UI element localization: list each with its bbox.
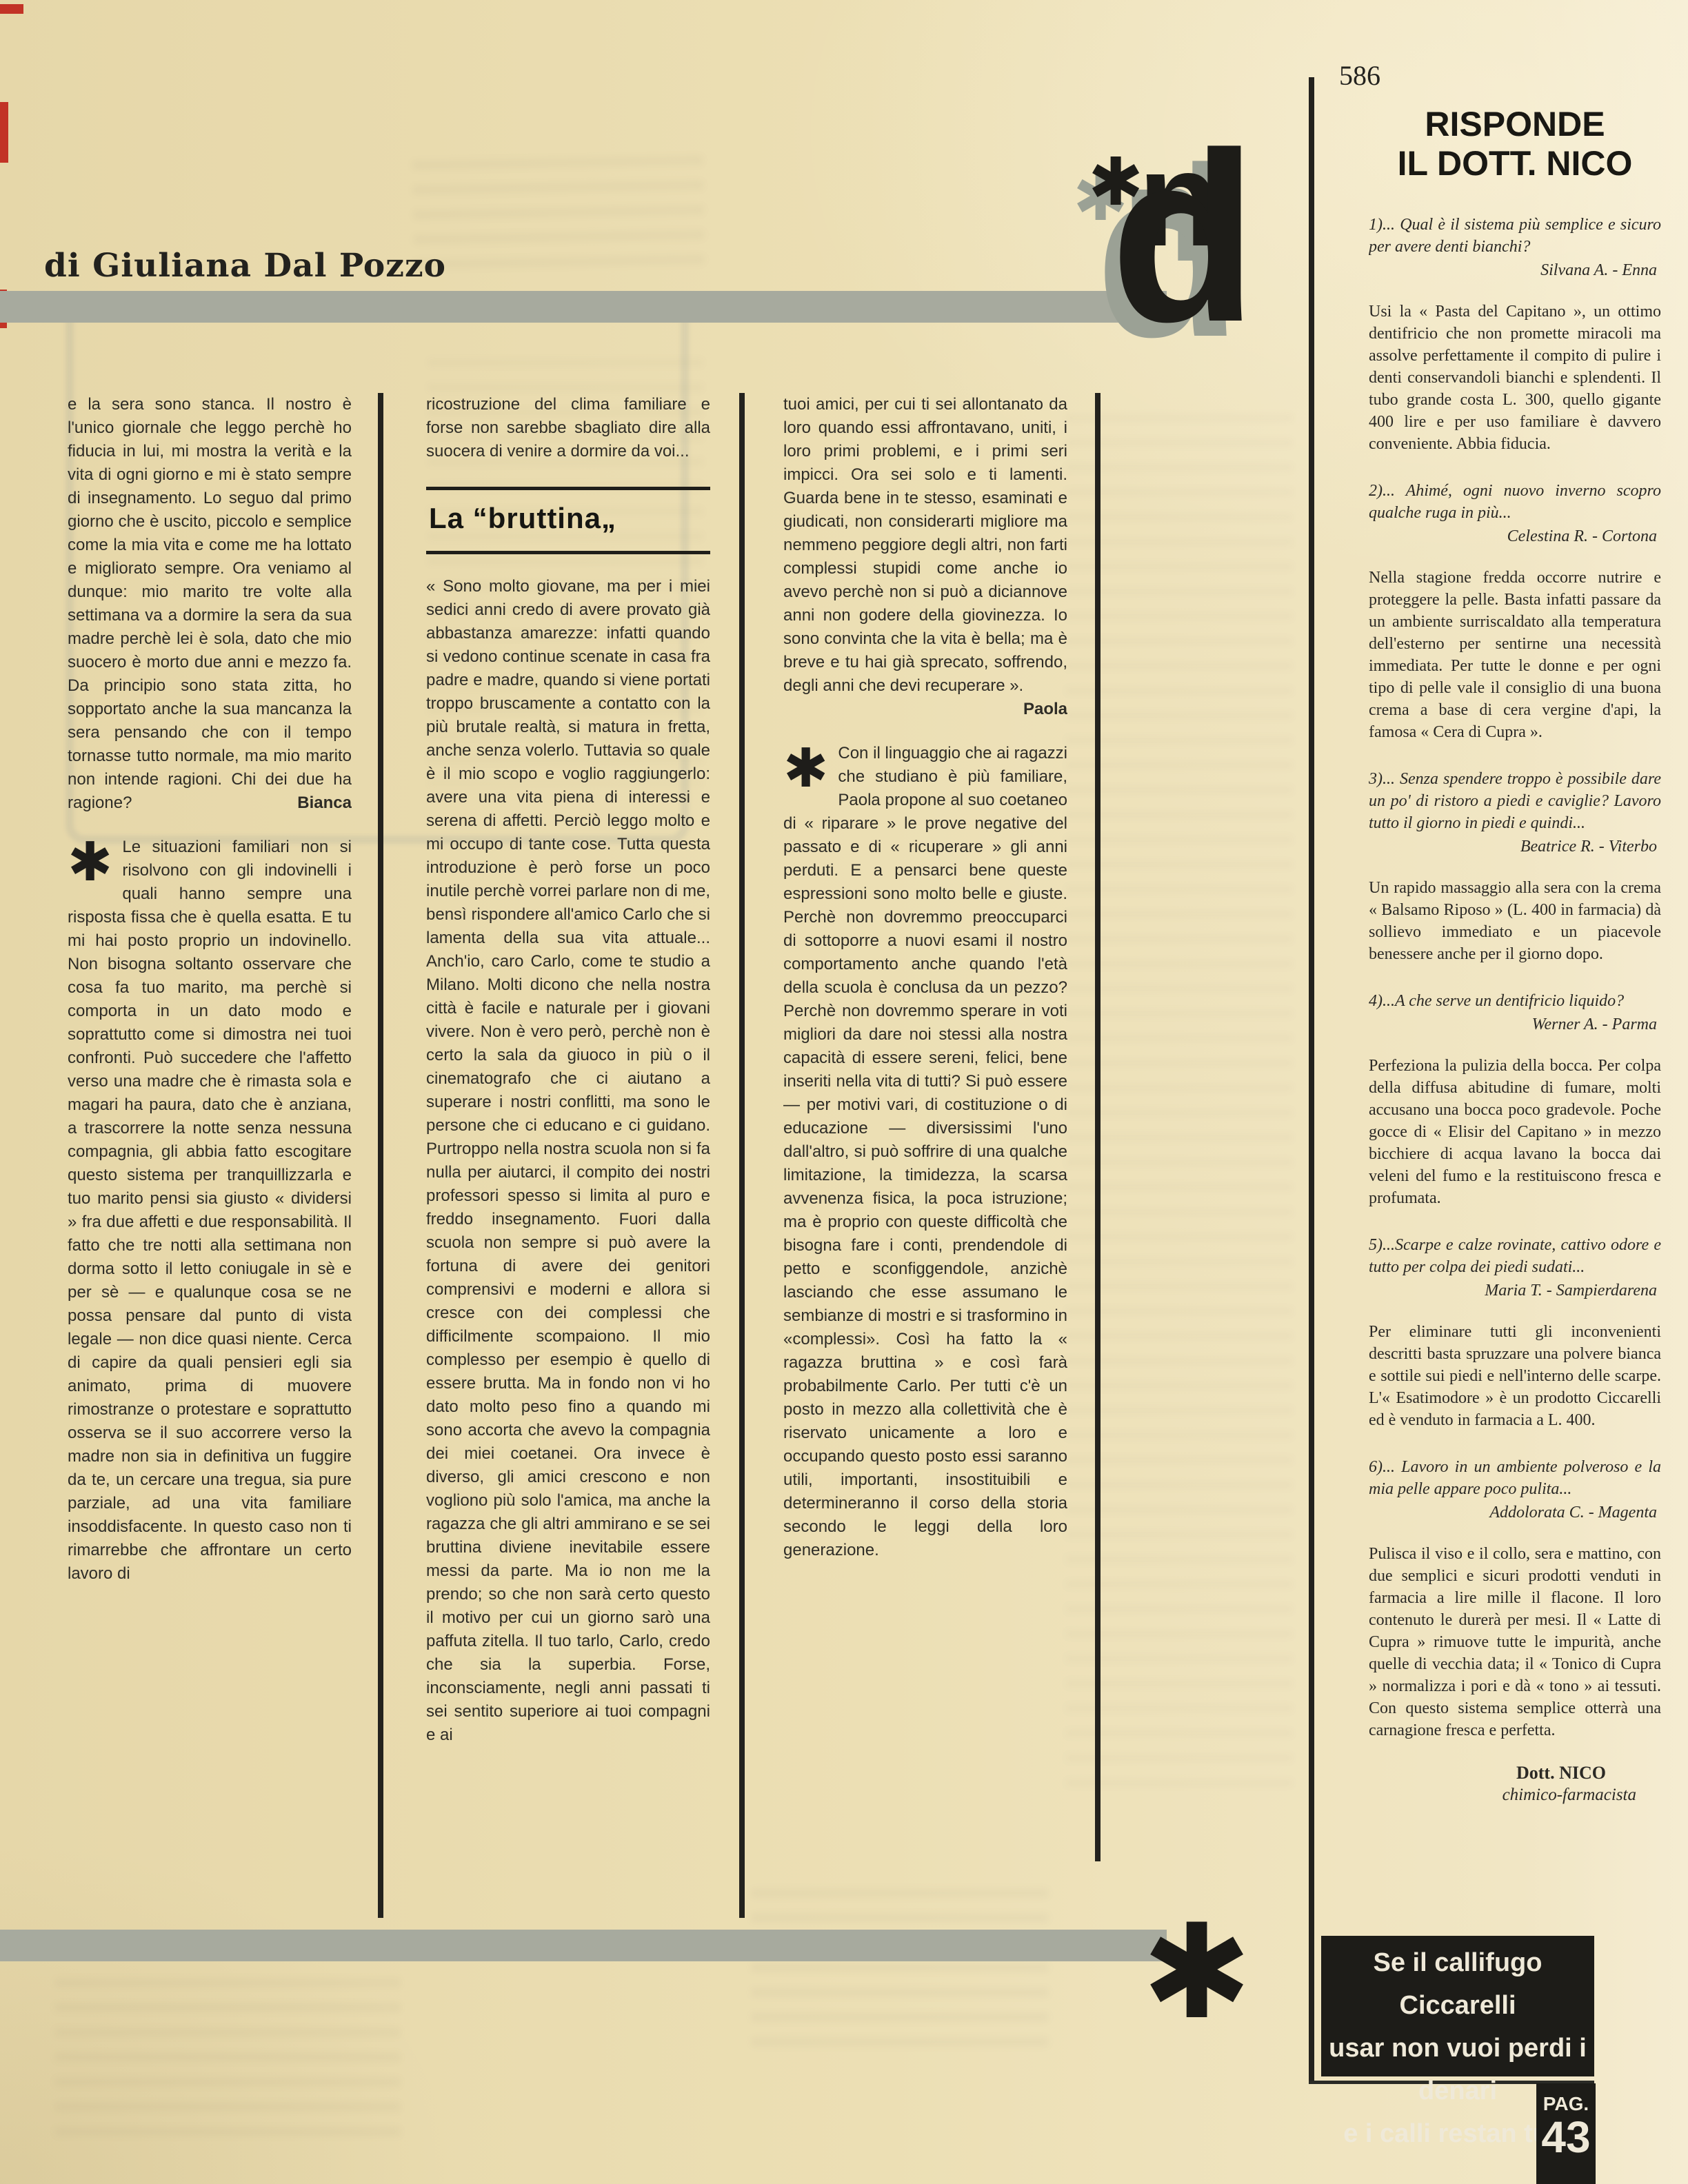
- doctor-column: RISPONDE IL DOTT. NICO 1)... Qual è il s…: [1369, 105, 1661, 1932]
- question: 5)...Scarpe e calze rovinate, cattivo od…: [1369, 1234, 1661, 1278]
- bottom-gray-band: [0, 1930, 1167, 1961]
- sidebar-title-line1: RISPONDE: [1369, 105, 1661, 144]
- question-signer: Beatrice R. - Viterbo: [1369, 836, 1657, 858]
- page-number-badge: PAG. 43: [1536, 2083, 1596, 2184]
- logo-letter-d: d: [1110, 117, 1258, 358]
- letter-signature: Paola: [783, 698, 1067, 721]
- question-signer: Werner A. - Parma: [1369, 1013, 1657, 1035]
- bleedthrough-smudge: [55, 1979, 400, 2137]
- answer: Nella stagione fredda occorre nutrire e …: [1369, 567, 1661, 743]
- question: 6)... Lavoro in un ambiente polveroso e …: [1369, 1456, 1661, 1500]
- bleedthrough-smudge: [413, 156, 705, 278]
- reply-text: Con il linguaggio che ai ragazzi che stu…: [783, 742, 1067, 1562]
- ad-line: Se il callifugo Ciccarelli: [1321, 1941, 1594, 2027]
- bottom-asterisk-icon: ✱: [1142, 1907, 1252, 2038]
- question-signer: Celestina R. - Cortona: [1369, 525, 1657, 547]
- sidebar-title: RISPONDE IL DOTT. NICO: [1369, 105, 1661, 183]
- reply-asterisk-icon: ✱: [68, 840, 112, 885]
- column-1: e la sera sono stanca. Il nostro è l'uni…: [68, 393, 352, 1934]
- question-signer: Addolorata C. - Magenta: [1369, 1502, 1657, 1524]
- doctor-signature: Dott. NICO: [1369, 1762, 1661, 1784]
- reply-continuation: ricostruzione del clima familiare e fors…: [426, 393, 710, 463]
- press-mark: [0, 102, 8, 163]
- column-rule: [739, 393, 745, 1918]
- column-2: ricostruzione del clima familiare e fors…: [426, 393, 710, 1934]
- nd-logo: ✱ n d ✱ n d: [1080, 66, 1314, 376]
- letter-text: tuoi amici, per cui ti sei allontanato d…: [783, 393, 1067, 698]
- callifugo-ad: Se il callifugo Ciccarelli usar non vuoi…: [1321, 1936, 1594, 2076]
- issue-page-number: 586: [1339, 59, 1380, 92]
- question: 4)...A che serve un dentifricio liquido?: [1369, 990, 1661, 1012]
- reply-text: Le situazioni familiari non si risolvono…: [68, 836, 352, 1586]
- reply-asterisk-icon: ✱: [783, 746, 828, 791]
- top-gray-band: [0, 291, 1167, 323]
- question-signer: Maria T. - Sampierdarena: [1369, 1280, 1657, 1302]
- sidebar-title-line2: IL DOTT. NICO: [1369, 144, 1661, 183]
- letter-text: e la sera sono stanca. Il nostro è l'uni…: [68, 393, 352, 815]
- letter-text: « Sono molto giovane, ma per i miei sedi…: [426, 575, 710, 1747]
- magazine-page: di Giuliana Dal Pozzo ✱ n d ✱ n d 586 e …: [0, 0, 1688, 2184]
- answer: Per eliminare tutti gli inconvenienti de…: [1369, 1321, 1661, 1431]
- answer: Perfeziona la pulizia della bocca. Per c…: [1369, 1055, 1661, 1209]
- question: 1)... Qual è il sistema più semplice e s…: [1369, 214, 1661, 258]
- doctor-signature-role: chimico-farmacista: [1369, 1784, 1661, 1806]
- column-rule: [1095, 393, 1101, 1861]
- answer: Usi la « Pasta del Capitano », un ottimo…: [1369, 301, 1661, 455]
- press-mark: [0, 4, 23, 14]
- column-3: tuoi amici, per cui ti sei allontanato d…: [783, 393, 1067, 1934]
- answer: Pulisca il viso e il collo, sera e matti…: [1369, 1543, 1661, 1741]
- question-signer: Silvana A. - Enna: [1369, 259, 1657, 281]
- answer: Un rapido massaggio alla sera con la cre…: [1369, 877, 1661, 965]
- byline: di Giuliana Dal Pozzo: [44, 247, 446, 285]
- column-rule: [378, 393, 383, 1918]
- page-number: 43: [1536, 2115, 1596, 2159]
- question: 3)... Senza spendere troppo è possibile …: [1369, 768, 1661, 834]
- question: 2)... Ahimé, ogni nuovo inverno scopro q…: [1369, 480, 1661, 524]
- section-heading: La “bruttina„: [426, 487, 710, 554]
- sidebar-divider: [1309, 77, 1314, 2081]
